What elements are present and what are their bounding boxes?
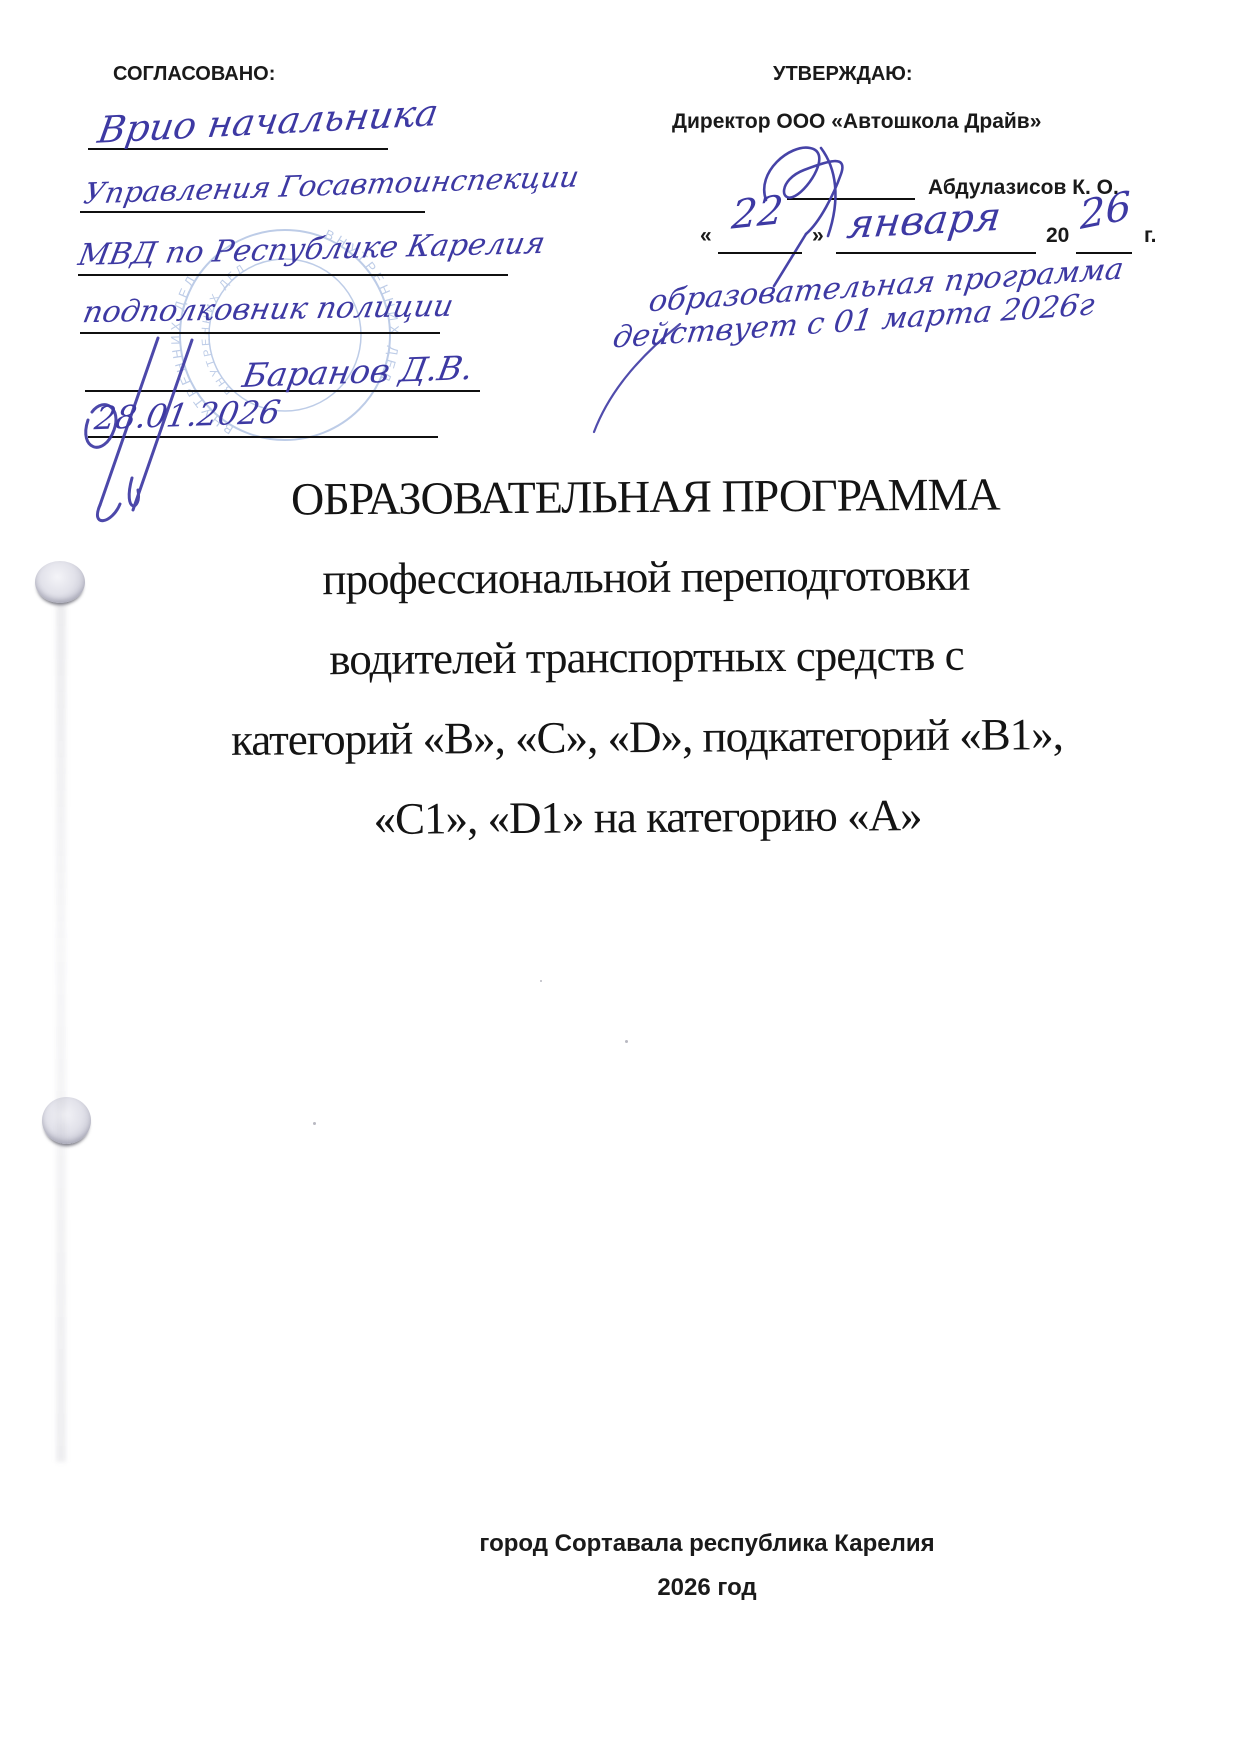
footer-city-line: город Сортавала республика Карелия	[174, 1530, 1240, 1558]
scan-speck	[625, 1040, 628, 1043]
title-line-4: категорий «B», «C», «D», подкатегорий «B…	[52, 707, 1240, 767]
binder-hole-shadow-bottom	[42, 1097, 91, 1144]
scan-speck	[313, 1122, 316, 1125]
footer-year-line: 2026 год	[174, 1574, 1240, 1602]
scanned-title-page: СОГЛАСОВАНО: ВНУТРЕННИХ ДЕЛ ВНУТРЕННИХ Д…	[0, 0, 1240, 1754]
title-line-2: профессиональной переподготовки	[51, 547, 1240, 607]
title-line-1: ОБРАЗОВАТЕЛЬНАЯ ПРОГРАММА	[50, 466, 1240, 527]
binding-streak	[56, 602, 66, 1462]
title-line-3: водителей транспортных средств с	[51, 627, 1240, 687]
title-block: ОБРАЗОВАТЕЛЬНАЯ ПРОГРАММА профессиональн…	[47, 0, 1240, 904]
title-line-5: «C1», «D1» на категорию «A»	[52, 787, 1240, 847]
binder-hole-shadow-top	[35, 561, 85, 603]
scan-speck	[540, 980, 542, 982]
